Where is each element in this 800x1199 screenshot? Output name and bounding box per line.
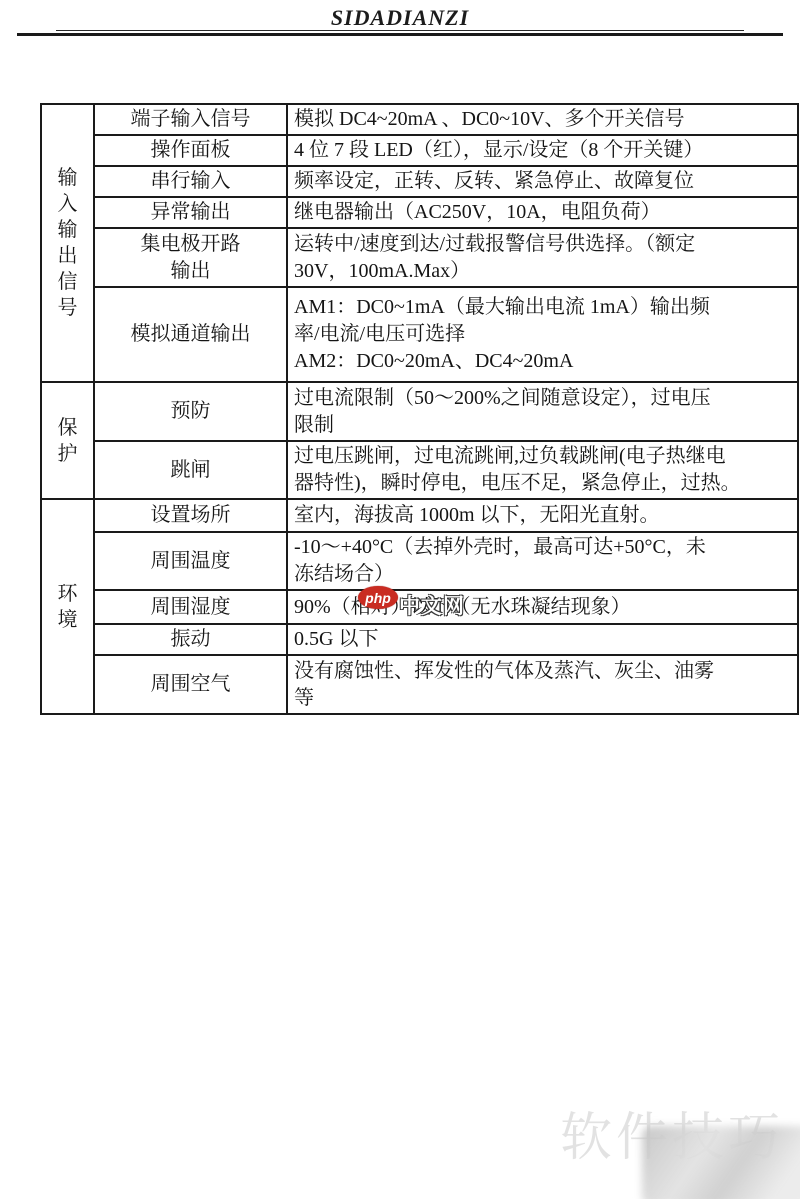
row-label: 操作面板 [94, 135, 287, 166]
php-logo-icon: php [358, 586, 398, 609]
php-site-watermark: php 中文网 [358, 586, 465, 620]
group-label-protection: 保 护 [41, 382, 94, 499]
row-content: -10～+40°C（去掉外壳时，最高可达+50°C，未 冻结场合） [287, 532, 798, 590]
table-row: 串行输入 频率设定，正转、反转、紧急停止、故障复位 [41, 166, 798, 197]
row-content: 频率设定，正转、反转、紧急停止、故障复位 [287, 166, 798, 197]
row-content: 运转中/速度到达/过载报警信号供选择。（额定 30V，100mA.Max） [287, 228, 798, 287]
table-row: 输 入 输 出 信 号 端子输入信号 模拟 DC4~20mA 、DC0~10V、… [41, 104, 798, 135]
table-row: 跳闸 过电压跳闸，过电流跳闸,过负载跳闸(电子热继电 器特性)，瞬时停电，电压不… [41, 441, 798, 499]
row-label: 模拟通道输出 [94, 287, 287, 382]
row-label: 跳闸 [94, 441, 287, 499]
row-label: 振动 [94, 624, 287, 655]
row-content: 继电器输出（AC250V，10A，电阻负荷） [287, 197, 798, 228]
row-label: 串行输入 [94, 166, 287, 197]
row-label: 集电极开路 输出 [94, 228, 287, 287]
php-site-text: 中文网 [399, 590, 465, 620]
row-content: AM1：DC0~1mA（最大输出电流 1mA）输出频 率/电流/电压可选择 AM… [287, 287, 798, 382]
table-row: 周围温度 -10～+40°C（去掉外壳时，最高可达+50°C，未 冻结场合） [41, 532, 798, 590]
row-content: 模拟 DC4~20mA 、DC0~10V、多个开关信号 [287, 104, 798, 135]
row-content: 4 位 7 段 LED（红），显示/设定（8 个开关键） [287, 135, 798, 166]
group-label-environment: 环 境 [41, 499, 94, 714]
header-rule-thin [56, 30, 744, 31]
row-label: 周围空气 [94, 655, 287, 714]
row-label: 端子输入信号 [94, 104, 287, 135]
table-row: 模拟通道输出 AM1：DC0~1mA（最大输出电流 1mA）输出频 率/电流/电… [41, 287, 798, 382]
table-row: 集电极开路 输出 运转中/速度到达/过载报警信号供选择。（额定 30V，100m… [41, 228, 798, 287]
row-content: 过电流限制（50～200%之间随意设定），过电压 限制 [287, 382, 798, 441]
document-page: SIDADIANZI 输 入 输 出 信 号 端子输入信号 模拟 DC4~20m… [0, 0, 800, 1199]
table-row: 周围空气 没有腐蚀性、挥发性的气体及蒸汽、灰尘、油雾 等 [41, 655, 798, 714]
row-content: 没有腐蚀性、挥发性的气体及蒸汽、灰尘、油雾 等 [287, 655, 798, 714]
row-content: 过电压跳闸，过电流跳闸,过负载跳闸(电子热继电 器特性)，瞬时停电，电压不足，紧… [287, 441, 798, 499]
table-row: 异常输出 继电器输出（AC250V，10A，电阻负荷） [41, 197, 798, 228]
table-row: 操作面板 4 位 7 段 LED（红），显示/设定（8 个开关键） [41, 135, 798, 166]
group-label-io-signals: 输 入 输 出 信 号 [41, 104, 94, 382]
row-label: 异常输出 [94, 197, 287, 228]
row-label: 周围温度 [94, 532, 287, 590]
row-content: 0.5G 以下 [287, 624, 798, 655]
table-row: 振动 0.5G 以下 [41, 624, 798, 655]
row-label: 周围湿度 [94, 590, 287, 624]
header-title: SIDADIANZI [0, 5, 800, 31]
table-row: 保 护 预防 过电流限制（50～200%之间随意设定），过电压 限制 [41, 382, 798, 441]
corner-watermark-blob [642, 1126, 800, 1199]
table-row: 环 境 设置场所 室内，海拔高 1000m 以下，无阳光直射。 [41, 499, 798, 532]
row-label: 设置场所 [94, 499, 287, 532]
spec-table: 输 入 输 出 信 号 端子输入信号 模拟 DC4~20mA 、DC0~10V、… [40, 103, 799, 715]
header-rule-thick [17, 33, 783, 36]
row-label: 预防 [94, 382, 287, 441]
row-content: 室内，海拔高 1000m 以下，无阳光直射。 [287, 499, 798, 532]
